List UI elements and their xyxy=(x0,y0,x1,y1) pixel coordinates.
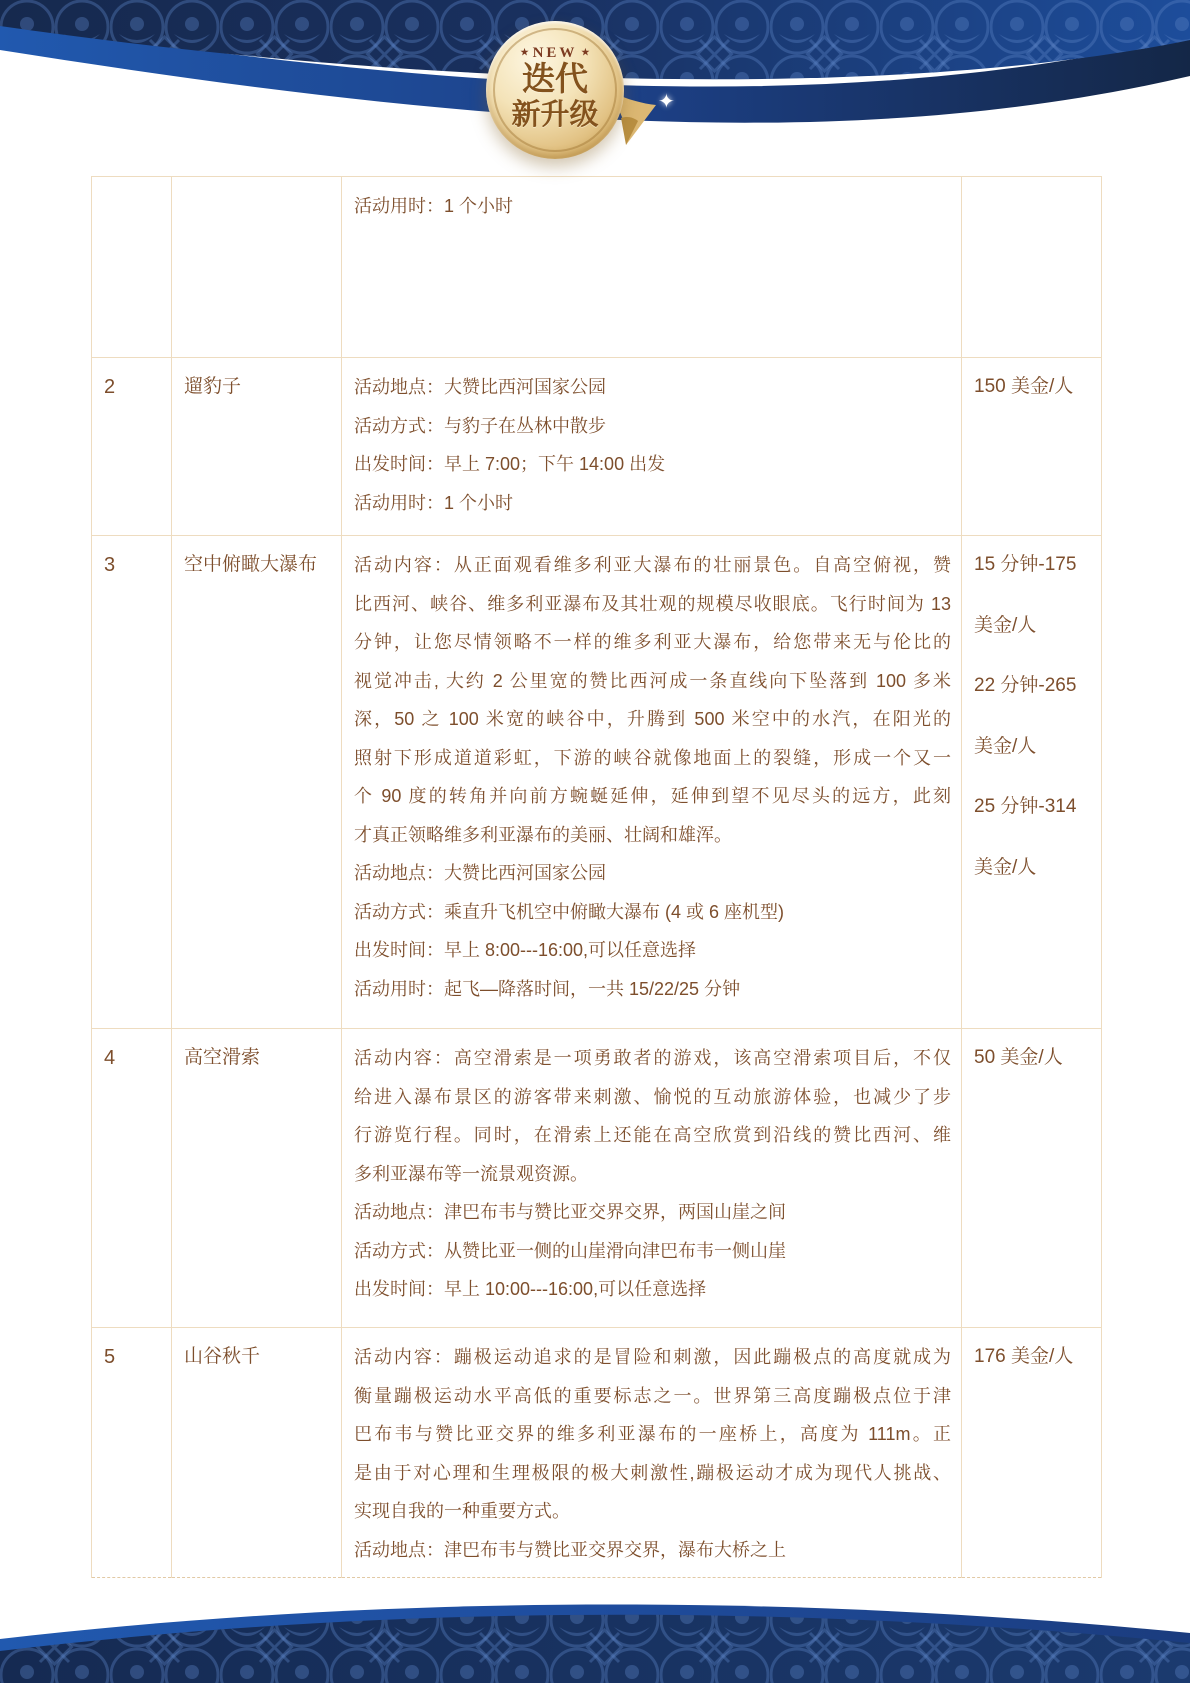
detail-line: 活动地点：津巴布韦与赞比亚交界交界，两国山崖之间 xyxy=(354,1193,951,1232)
activity-details-cell: 活动内容：高空滑索是一项勇敢者的游戏，该高空滑索项目后，不仅给进入瀑布景区的游客… xyxy=(342,1029,962,1328)
price-cell: 176 美金/人 xyxy=(962,1328,1102,1578)
table-row: 3空中俯瞰大瀑布活动内容：从正面观看维多利亚大瀑布的壮丽景色。自高空俯视，赞比西… xyxy=(92,536,1102,1029)
detail-line: 活动地点：大赞比西河国家公园 xyxy=(354,368,951,407)
activity-name-cell: 空中俯瞰大瀑布 xyxy=(172,536,342,1029)
detail-line: 比西河、峡谷、维多利亚瀑布及其壮观的规模尽收眼底。飞行时间为 13 xyxy=(354,585,951,624)
row-number-cell: 4 xyxy=(92,1029,172,1328)
detail-line: 实现自我的一种重要方式。 xyxy=(354,1492,951,1531)
price-cell xyxy=(962,177,1102,358)
badge-title-line2: 新升级 xyxy=(486,98,624,132)
price-line: 美金/人 xyxy=(974,849,1089,888)
detail-line: 才真正领略维多利亚瀑布的美丽、壮阔和雄浑。 xyxy=(354,816,951,855)
badge-title-line1: 迭代 xyxy=(486,62,624,98)
detail-line: 活动内容：蹦极运动追求的是冒险和刺激，因此蹦极点的高度就成为 xyxy=(354,1338,951,1377)
activity-name-cell: 山谷秋千 xyxy=(172,1328,342,1578)
detail-line: 出发时间：早上 8:00---16:00,可以任意选择 xyxy=(354,931,951,970)
row-number-cell xyxy=(92,177,172,358)
detail-line: 照射下形成道道彩虹，下游的峡谷就像地面上的裂缝，形成一个又一 xyxy=(354,739,951,778)
table-row: 4高空滑索活动内容：高空滑索是一项勇敢者的游戏，该高空滑索项目后，不仅给进入瀑布… xyxy=(92,1029,1102,1328)
table-row: 活动用时：1 个小时 xyxy=(92,177,1102,358)
footer-banner xyxy=(0,1593,1190,1683)
price-line: 176 美金/人 xyxy=(974,1338,1089,1377)
price-line: 150 美金/人 xyxy=(974,368,1089,407)
activity-details-cell: 活动内容：从正面观看维多利亚大瀑布的壮丽景色。自高空俯视，赞比西河、峡谷、维多利… xyxy=(342,536,962,1029)
activity-details-cell: 活动内容：蹦极运动追求的是冒险和刺激，因此蹦极点的高度就成为衡量蹦极运动水平高低… xyxy=(342,1328,962,1578)
detail-line: 活动内容：从正面观看维多利亚大瀑布的壮丽景色。自高空俯视，赞 xyxy=(354,546,951,585)
row-number-cell: 5 xyxy=(92,1328,172,1578)
badge-coin: ★NEW★ 迭代 新升级 xyxy=(486,21,624,159)
price-line: 15 分钟-175 xyxy=(974,546,1089,585)
detail-line: 活动用时：1 个小时 xyxy=(354,484,951,523)
row-number-cell: 3 xyxy=(92,536,172,1029)
price-cell: 15 分钟-175美金/人22 分钟-265美金/人25 分钟-314美金/人 xyxy=(962,536,1102,1029)
detail-line: 出发时间：早上 10:00---16:00,可以任意选择 xyxy=(354,1270,951,1309)
detail-line: 活动方式：从赞比亚一侧的山崖滑向津巴布韦一侧山崖 xyxy=(354,1232,951,1271)
detail-line: 巴布韦与赞比亚交界的维多利亚瀑布的一座桥上，高度为 111m。正 xyxy=(354,1415,951,1454)
detail-line: 活动方式：乘直升飞机空中俯瞰大瀑布 (4 或 6 座机型) xyxy=(354,893,951,932)
detail-line: 多利亚瀑布等一流景观资源。 xyxy=(354,1155,951,1194)
activities-table-body: 活动用时：1 个小时2遛豹子活动地点：大赞比西河国家公园活动方式：与豹子在丛林中… xyxy=(92,177,1102,1578)
detail-line: 活动方式：与豹子在丛林中散步 xyxy=(354,407,951,446)
star-icon: ★ xyxy=(581,47,589,57)
detail-line: 深，50 之 100 米宽的峡谷中，升腾到 500 米空中的水汽，在阳光的 xyxy=(354,700,951,739)
detail-line: 视觉冲击, 大约 2 公里宽的赞比西河成一条直线向下坠落到 100 多米 xyxy=(354,662,951,701)
sparkle-icon: ✦ xyxy=(658,89,675,114)
activity-details-cell: 活动用时：1 个小时 xyxy=(342,177,962,358)
star-icon: ★ xyxy=(521,47,529,57)
table-row: 2遛豹子活动地点：大赞比西河国家公园活动方式：与豹子在丛林中散步出发时间：早上 … xyxy=(92,358,1102,536)
activities-table: 活动用时：1 个小时2遛豹子活动地点：大赞比西河国家公园活动方式：与豹子在丛林中… xyxy=(91,176,1102,1578)
price-cell: 50 美金/人 xyxy=(962,1029,1102,1328)
price-line: 22 分钟-265 xyxy=(974,667,1089,706)
activity-name-cell: 高空滑索 xyxy=(172,1029,342,1328)
detail-line: 衡量蹦极运动水平高低的重要标志之一。世界第三高度蹦极点位于津 xyxy=(354,1377,951,1416)
price-line: 25 分钟-314 xyxy=(974,788,1089,827)
new-badge: ★NEW★ 迭代 新升级 ✦ ✦ xyxy=(486,21,624,159)
detail-line: 给进入瀑布景区的游客带来刺激、愉悦的互动旅游体验，也减少了步 xyxy=(354,1078,951,1117)
detail-line: 活动用时：1 个小时 xyxy=(354,187,951,226)
detail-line: 活动内容：高空滑索是一项勇敢者的游戏，该高空滑索项目后，不仅 xyxy=(354,1039,951,1078)
activity-name-cell: 遛豹子 xyxy=(172,358,342,536)
detail-line: 行游览行程。同时，在滑索上还能在高空欣赏到沿线的赞比西河、维 xyxy=(354,1116,951,1155)
price-line: 50 美金/人 xyxy=(974,1039,1089,1078)
detail-line: 分钟，让您尽情领略不一样的维多利亚大瀑布，给您带来无与伦比的 xyxy=(354,623,951,662)
price-line: 美金/人 xyxy=(974,728,1089,767)
page: ★NEW★ 迭代 新升级 ✦ ✦ 活动用时：1 个小时2遛豹子活动地点：大赞比西… xyxy=(0,0,1190,1683)
detail-line: 活动地点：津巴布韦与赞比亚交界交界，瀑布大桥之上 xyxy=(354,1531,951,1570)
price-line: 美金/人 xyxy=(974,607,1089,646)
row-number-cell: 2 xyxy=(92,358,172,536)
activity-name-cell xyxy=(172,177,342,358)
detail-line: 个 90 度的转角并向前方蜿蜒延伸，延伸到望不见尽头的远方，此刻 xyxy=(354,777,951,816)
sparkle-icon: ✦ xyxy=(644,129,653,142)
detail-line: 出发时间：早上 7:00；下午 14:00 出发 xyxy=(354,445,951,484)
detail-line: 是由于对心理和生理极限的极大刺激性,蹦极运动才成为现代人挑战、 xyxy=(354,1454,951,1493)
detail-line: 活动用时：起飞—降落时间，一共 15/22/25 分钟 xyxy=(354,970,951,1009)
detail-line: 活动地点：大赞比西河国家公园 xyxy=(354,854,951,893)
activity-details-cell: 活动地点：大赞比西河国家公园活动方式：与豹子在丛林中散步出发时间：早上 7:00… xyxy=(342,358,962,536)
table-row: 5山谷秋千活动内容：蹦极运动追求的是冒险和刺激，因此蹦极点的高度就成为衡量蹦极运… xyxy=(92,1328,1102,1578)
badge-new-label: ★NEW★ xyxy=(486,45,624,62)
price-cell: 150 美金/人 xyxy=(962,358,1102,536)
